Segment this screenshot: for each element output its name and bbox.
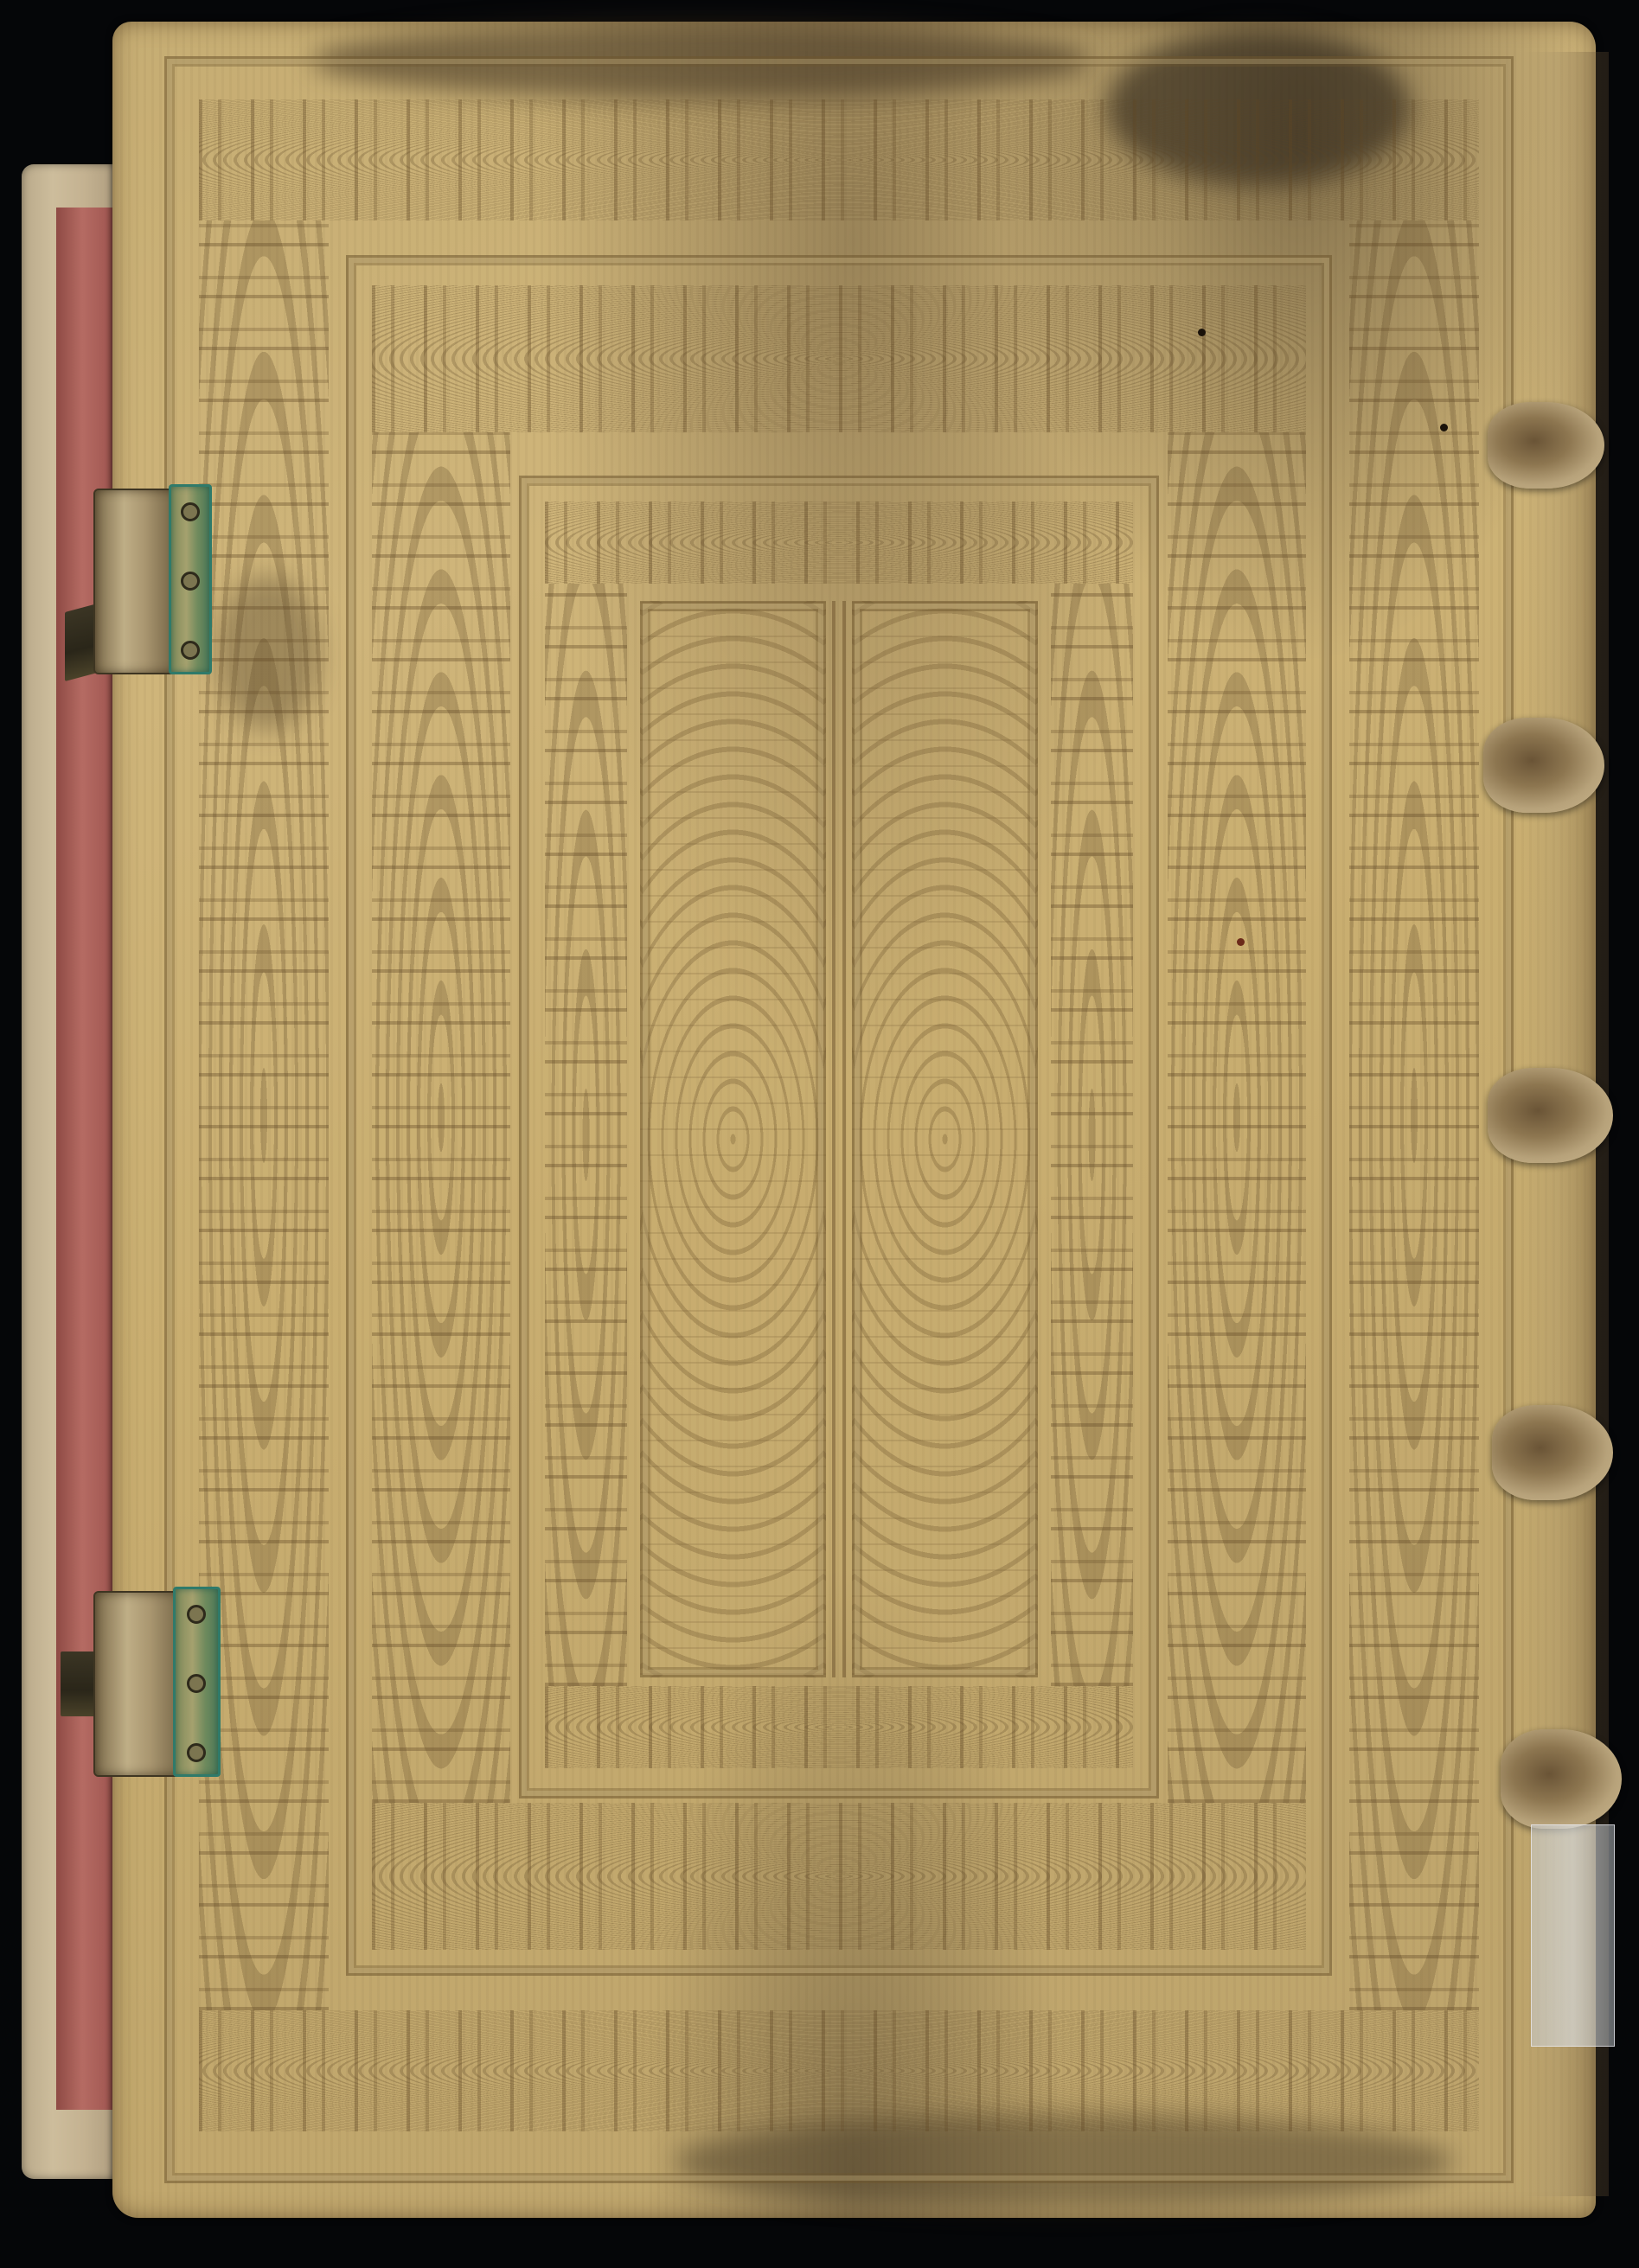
left-figurative-column — [372, 432, 510, 1803]
top-roll-border — [199, 99, 1479, 220]
lower-figurative-panel — [372, 1803, 1306, 1950]
spine-band-3 — [1488, 1068, 1613, 1163]
repair-tape — [1531, 1824, 1615, 2047]
rivet-icon — [187, 1674, 206, 1693]
upper-clasp-plate — [169, 484, 212, 674]
rivet-icon — [181, 641, 200, 660]
central-panel-left — [640, 601, 826, 1677]
upper-clasp-catch — [93, 489, 180, 674]
rivet-icon — [187, 1743, 206, 1762]
worm-hole — [1198, 329, 1206, 336]
inner-right-roll — [1051, 584, 1133, 1686]
rivet-icon — [181, 572, 200, 591]
right-roll-border — [1349, 220, 1479, 2010]
spine-band-5 — [1501, 1729, 1622, 1829]
inner-left-roll — [545, 584, 627, 1686]
spine-band-4 — [1492, 1405, 1613, 1500]
rivet-icon — [187, 1605, 206, 1624]
inner-bottom-roll — [545, 1686, 1133, 1768]
spine-band-1 — [1488, 402, 1604, 489]
lower-clasp-plate — [173, 1587, 221, 1777]
stain-spot — [1237, 938, 1245, 946]
center-fillet-1 — [832, 601, 836, 1677]
book-cover — [112, 22, 1596, 2218]
rivet-icon — [181, 502, 200, 521]
worm-hole — [1440, 424, 1448, 431]
right-figurative-column — [1168, 432, 1306, 1803]
central-panel-right — [852, 601, 1038, 1677]
upper-figurative-panel — [372, 285, 1306, 432]
inner-top-roll — [545, 502, 1133, 584]
bottom-roll-border — [199, 2010, 1479, 2131]
center-fillet-2 — [842, 601, 846, 1677]
spine-band-2 — [1483, 718, 1604, 813]
